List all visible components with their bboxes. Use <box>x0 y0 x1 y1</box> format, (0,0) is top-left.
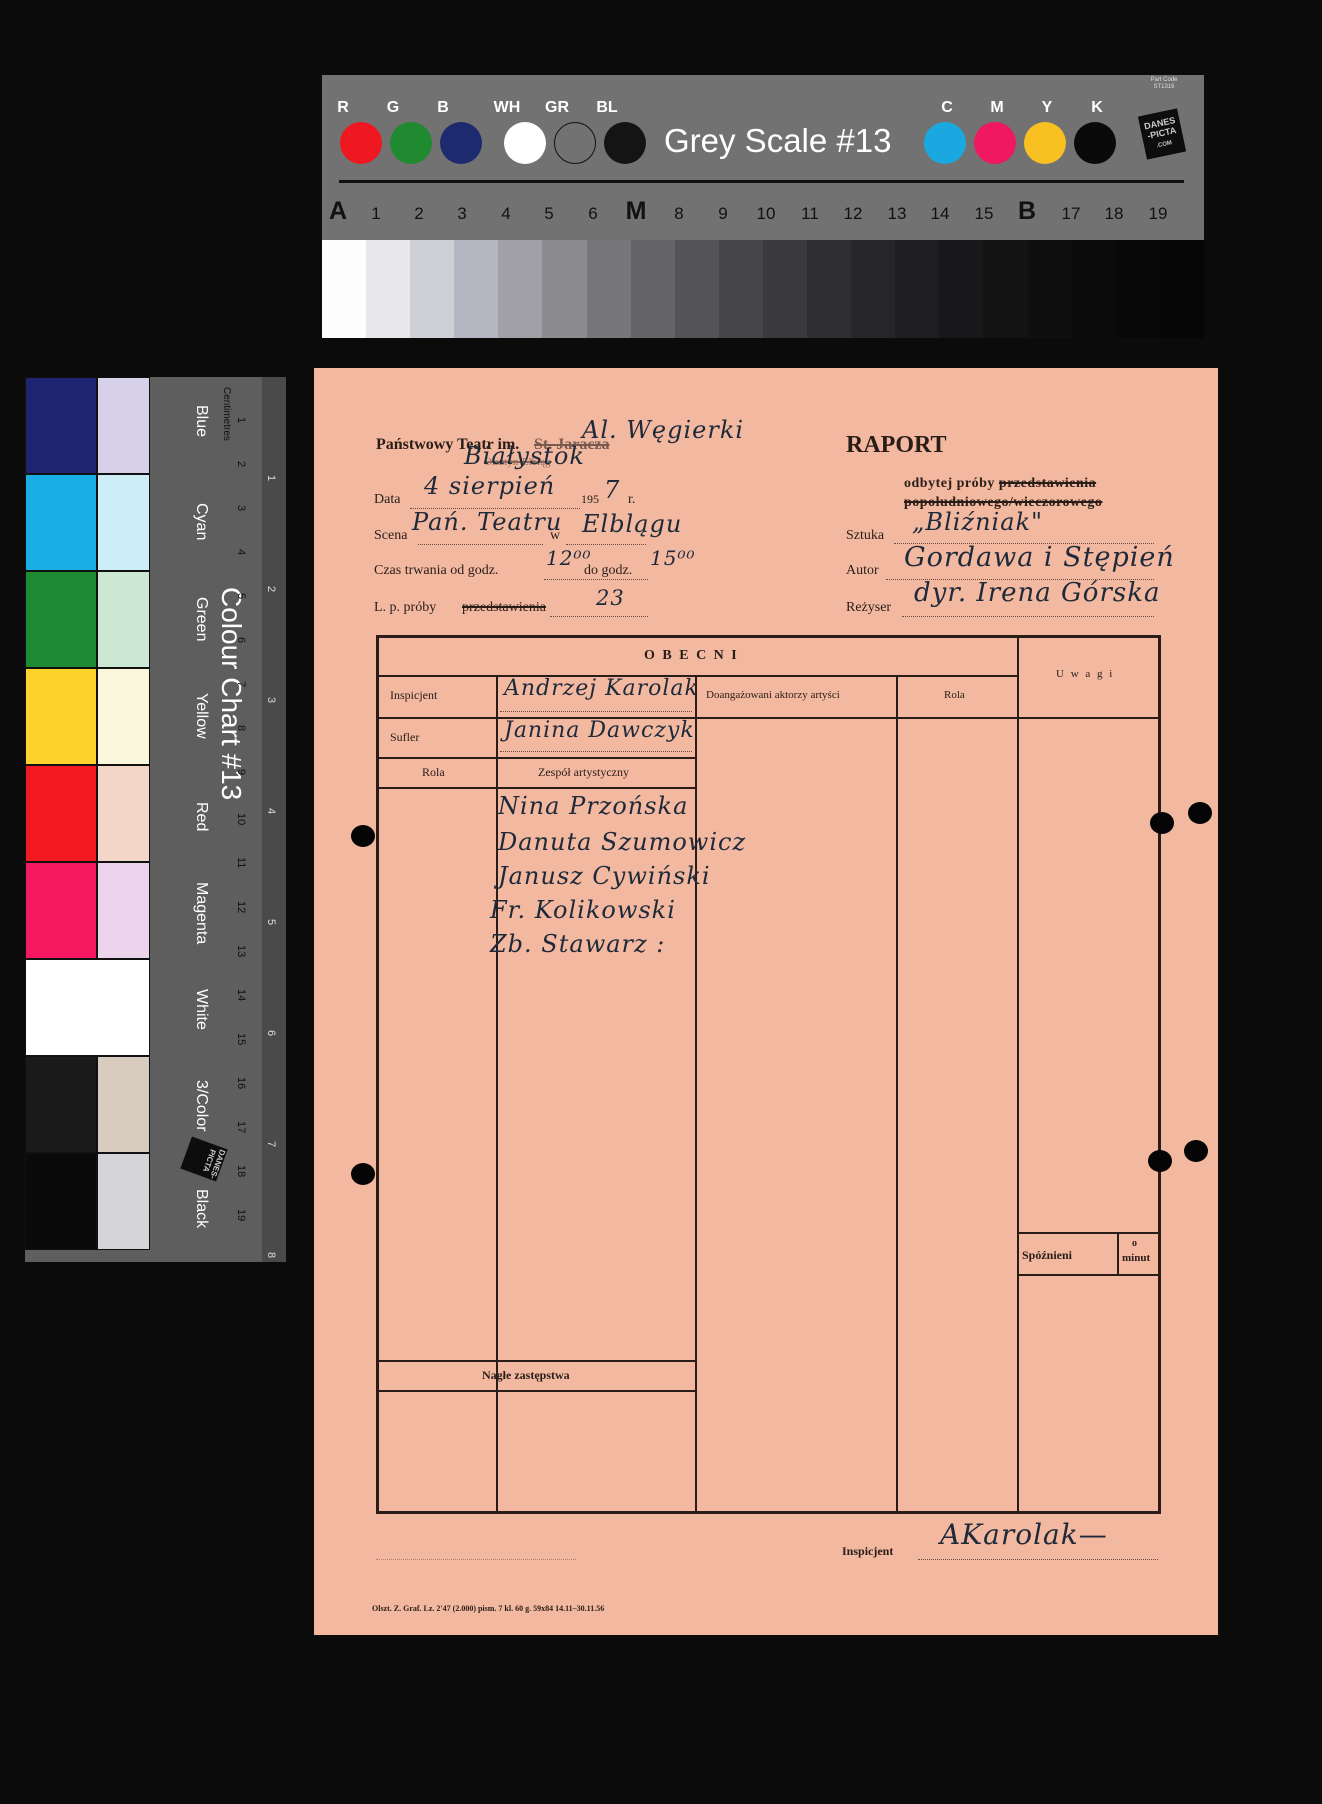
grey-patch <box>675 240 719 338</box>
scale-label: 5 <box>531 204 567 224</box>
scale-label: 13 <box>879 204 915 224</box>
late-label: Spóźnieni <box>1022 1248 1072 1263</box>
lp-label: L. p. próby <box>374 600 436 616</box>
swatch-magenta-dark <box>25 862 97 959</box>
city-handwritten: Białystok <box>464 442 585 470</box>
swatch-cyan-light <box>97 474 150 571</box>
present-header: O B E C N I <box>644 648 739 664</box>
grey-patch <box>542 240 586 338</box>
swatch-label-yellow: Yellow <box>170 693 210 739</box>
duration-label: Czas trwania od godz. <box>374 563 498 579</box>
swatch-yellow-dark <box>25 668 97 765</box>
swatch-red-dark <box>25 765 97 862</box>
signature-label: Inspicjent <box>842 1544 893 1559</box>
cm-tick: 18 <box>235 1165 247 1177</box>
grey-patch <box>322 240 366 338</box>
inch-tick: 4 <box>265 808 277 814</box>
grey-patch <box>719 240 763 338</box>
cm-tick: 6 <box>235 637 247 643</box>
swatch-label-blue: Blue <box>170 405 210 437</box>
dot-label-gr: GR <box>532 99 582 117</box>
swatch-label-white: White <box>170 989 210 1030</box>
cm-tick: 14 <box>235 989 247 1001</box>
inch-tick: 8 <box>265 1252 277 1258</box>
grey-patch <box>1116 240 1160 338</box>
divider <box>339 180 1184 183</box>
swatch-yellow-light <box>97 668 150 765</box>
ensemble-member: Fr. Kolikowski <box>490 896 676 924</box>
dot-label-m: M <box>972 99 1022 117</box>
key-black-dot <box>1074 122 1116 164</box>
ruler <box>262 377 286 1262</box>
stage-label: Scena <box>374 528 407 544</box>
cyan-dot <box>924 122 966 164</box>
grey-patch <box>587 240 631 338</box>
cm-tick: 17 <box>235 1121 247 1133</box>
minutes-label: minut <box>1122 1252 1150 1264</box>
inch-tick: 6 <box>265 1030 277 1036</box>
cm-tick: 9 <box>235 769 247 775</box>
prompter-label: Sufler <box>390 730 419 745</box>
grey-patch <box>895 240 939 338</box>
grey-patch <box>939 240 983 338</box>
blue-dot <box>440 122 482 164</box>
remarks-header: U w a g i <box>1056 668 1114 680</box>
dot-label-wh: WH <box>482 99 532 117</box>
swatch-cyan-dark <box>25 474 97 571</box>
grey-patch <box>454 240 498 338</box>
play-handwritten: „Bliźniak" <box>912 508 1043 536</box>
swatch-label-cyan: Cyan <box>170 503 210 540</box>
swatch-label-3color: 3/Color <box>170 1080 210 1132</box>
punch-hole <box>351 1163 375 1185</box>
grey-dot <box>554 122 596 164</box>
grey-patch <box>851 240 895 338</box>
inch-tick: 2 <box>265 586 277 592</box>
swatch-label-black: Black <box>170 1189 210 1228</box>
cm-tick: 12 <box>235 901 247 913</box>
cm-tick: 19 <box>235 1209 247 1221</box>
swatch-green-light <box>97 571 150 668</box>
theatre-handwritten: Al. Węgierki <box>582 416 744 444</box>
scale-label: 6 <box>575 204 611 224</box>
director-handwritten: dyr. Irena Górska <box>914 578 1160 608</box>
dot-label-bl: BL <box>582 99 632 117</box>
report-subtitle: odbytej próby przedstawienia <box>904 476 1096 492</box>
signature: AKarolak— <box>940 1518 1108 1551</box>
yellow-dot <box>1024 122 1066 164</box>
inch-tick: 3 <box>265 697 277 703</box>
year-prefix: 195 <box>581 492 599 507</box>
scale-label: 17 <box>1053 204 1089 224</box>
scale-label: 10 <box>748 204 784 224</box>
author-handwritten: Gordawa i Stępień <box>904 542 1175 573</box>
cm-tick: 10 <box>235 813 247 825</box>
grey-patch <box>983 240 1027 338</box>
substitutions-header: Nagłe zastępstwa <box>482 1368 570 1383</box>
grey-scale-card: Part CodeST1316 R G B WH GR BL C M Y K G… <box>322 75 1204 240</box>
grey-patch <box>410 240 454 338</box>
ensemble-member: Zb. Stawarz : <box>490 930 665 958</box>
scale-label: 1 <box>358 204 394 224</box>
minutes-o: o <box>1132 1238 1137 1249</box>
lp-value: 23 <box>596 586 625 610</box>
table-border-right <box>1158 635 1161 1513</box>
print-info: Olszt. Z. Graf. Lz. 2'47 (2.000) pism. 7… <box>372 1604 604 1613</box>
scale-label: 8 <box>661 204 697 224</box>
scale-label: 14 <box>922 204 958 224</box>
grey-patch <box>1028 240 1072 338</box>
red-dot <box>340 122 382 164</box>
report-title: RAPORT <box>846 432 947 459</box>
cm-tick: 11 <box>235 857 247 868</box>
inch-tick: 7 <box>265 1141 277 1147</box>
grey-patch <box>807 240 851 338</box>
grey-patch <box>631 240 675 338</box>
scale-label: 2 <box>401 204 437 224</box>
grey-patch <box>1160 240 1204 338</box>
punch-hole <box>1150 812 1174 834</box>
swatch-label-green: Green <box>170 597 210 641</box>
year-suffix: r. <box>628 492 635 508</box>
grey-patch <box>763 240 807 338</box>
punch-hole <box>1148 1150 1172 1172</box>
dot-label-k: K <box>1072 99 1122 117</box>
prompter-value: Janina Dawczyk <box>504 718 695 743</box>
ensemble-member: Janusz Cywiński <box>498 862 711 890</box>
scale-label: 19 <box>1140 204 1176 224</box>
role-header: Rola <box>422 765 445 780</box>
year-handwritten: 7 <box>604 476 620 504</box>
colour-chart: Blue Cyan Green Yellow Red Magenta White… <box>25 377 286 1262</box>
punch-hole <box>1184 1140 1208 1162</box>
black-dot <box>604 122 646 164</box>
author-label: Autor <box>846 563 879 579</box>
punch-hole <box>351 825 375 847</box>
cm-tick: 5 <box>235 593 247 599</box>
swatch-3color-light <box>97 1056 150 1153</box>
scale-label: M <box>618 197 654 226</box>
swatch-white <box>25 959 150 1056</box>
dot-label-b: B <box>418 99 468 117</box>
scale-label: A <box>320 197 356 226</box>
inch-tick: 5 <box>265 919 277 925</box>
swatch-label-magenta: Magenta <box>170 882 210 944</box>
cm-tick: 2 <box>235 461 247 467</box>
grey-scale-title: Grey Scale #13 <box>664 122 891 160</box>
cm-tick: 3 <box>235 505 247 511</box>
rehearsal-report-form: Państwowy Teatr im. St. Jaracza Al. Węgi… <box>314 368 1218 1635</box>
scale-label: 11 <box>792 204 828 224</box>
swatch-red-light <box>97 765 150 862</box>
danes-picta-logo: DANES-PICTA.COM <box>1138 108 1186 159</box>
centimetres-label: Centimetres <box>221 387 232 441</box>
play-label: Sztuka <box>846 528 884 544</box>
part-code: Part CodeST1316 <box>1140 77 1188 91</box>
director-label: Reżyser <box>846 600 891 616</box>
swatch-black-light <box>97 1153 150 1250</box>
table-border-bottom <box>376 1511 1161 1514</box>
inch-tick: 1 <box>265 475 277 481</box>
dot-label-g: G <box>368 99 418 117</box>
date-label: Data <box>374 492 400 508</box>
green-dot <box>390 122 432 164</box>
swatch-green-dark <box>25 571 97 668</box>
dot-label-y: Y <box>1022 99 1072 117</box>
ensemble-member: Nina Przońska <box>498 792 688 820</box>
place-handwritten: Elblągu <box>582 510 682 538</box>
stage-manager-label: Inspicjent <box>390 688 437 703</box>
swatch-3color-dark <box>25 1056 97 1153</box>
white-dot <box>504 122 546 164</box>
cm-tick: 4 <box>235 549 247 555</box>
scale-label: 3 <box>444 204 480 224</box>
cm-tick: 8 <box>235 725 247 731</box>
table-border-left <box>376 635 379 1513</box>
dot-label-r: R <box>318 99 368 117</box>
guest-actors-header: Doangażowani aktorzy artyści <box>706 689 840 701</box>
scale-label: 4 <box>488 204 524 224</box>
to-label: do godz. <box>584 563 632 579</box>
stage-handwritten: Pań. Teatru <box>412 508 562 536</box>
ensemble-header: Zespół artystyczny <box>538 765 629 780</box>
swatch-black-dark <box>25 1153 97 1250</box>
grey-patch <box>366 240 410 338</box>
cm-tick: 13 <box>235 945 247 957</box>
scale-label: 12 <box>835 204 871 224</box>
swatch-magenta-light <box>97 862 150 959</box>
swatch-blue-light <box>97 377 150 474</box>
ensemble-member: Danuta Szumowicz <box>498 828 746 856</box>
scale-label: 18 <box>1096 204 1132 224</box>
cm-tick: 7 <box>235 681 247 687</box>
danes-picta-logo: DANES-PICTA <box>180 1137 227 1182</box>
grey-patch <box>1072 240 1116 338</box>
date-handwritten: 4 sierpień <box>424 472 555 500</box>
scale-label: B <box>1009 197 1045 226</box>
stage-manager-value: Andrzej Karolak <box>504 676 699 701</box>
in-label: w <box>550 528 560 544</box>
scale-label: 15 <box>966 204 1002 224</box>
to-time: 15⁰⁰ <box>650 546 695 570</box>
swatch-blue-dark <box>25 377 97 474</box>
cm-tick: 15 <box>235 1033 247 1045</box>
magenta-dot <box>974 122 1016 164</box>
lp-struck: przedstawienia <box>462 600 546 616</box>
punch-hole <box>1188 802 1212 824</box>
grey-patch <box>498 240 542 338</box>
dot-label-c: C <box>922 99 972 117</box>
swatch-label-red: Red <box>170 802 210 831</box>
grey-scale-strip <box>322 240 1204 338</box>
cm-tick: 16 <box>235 1077 247 1089</box>
guest-role-header: Rola <box>944 689 965 701</box>
table-border-top <box>376 635 1160 638</box>
cm-tick: 1 <box>235 417 247 423</box>
scale-label: 9 <box>705 204 741 224</box>
